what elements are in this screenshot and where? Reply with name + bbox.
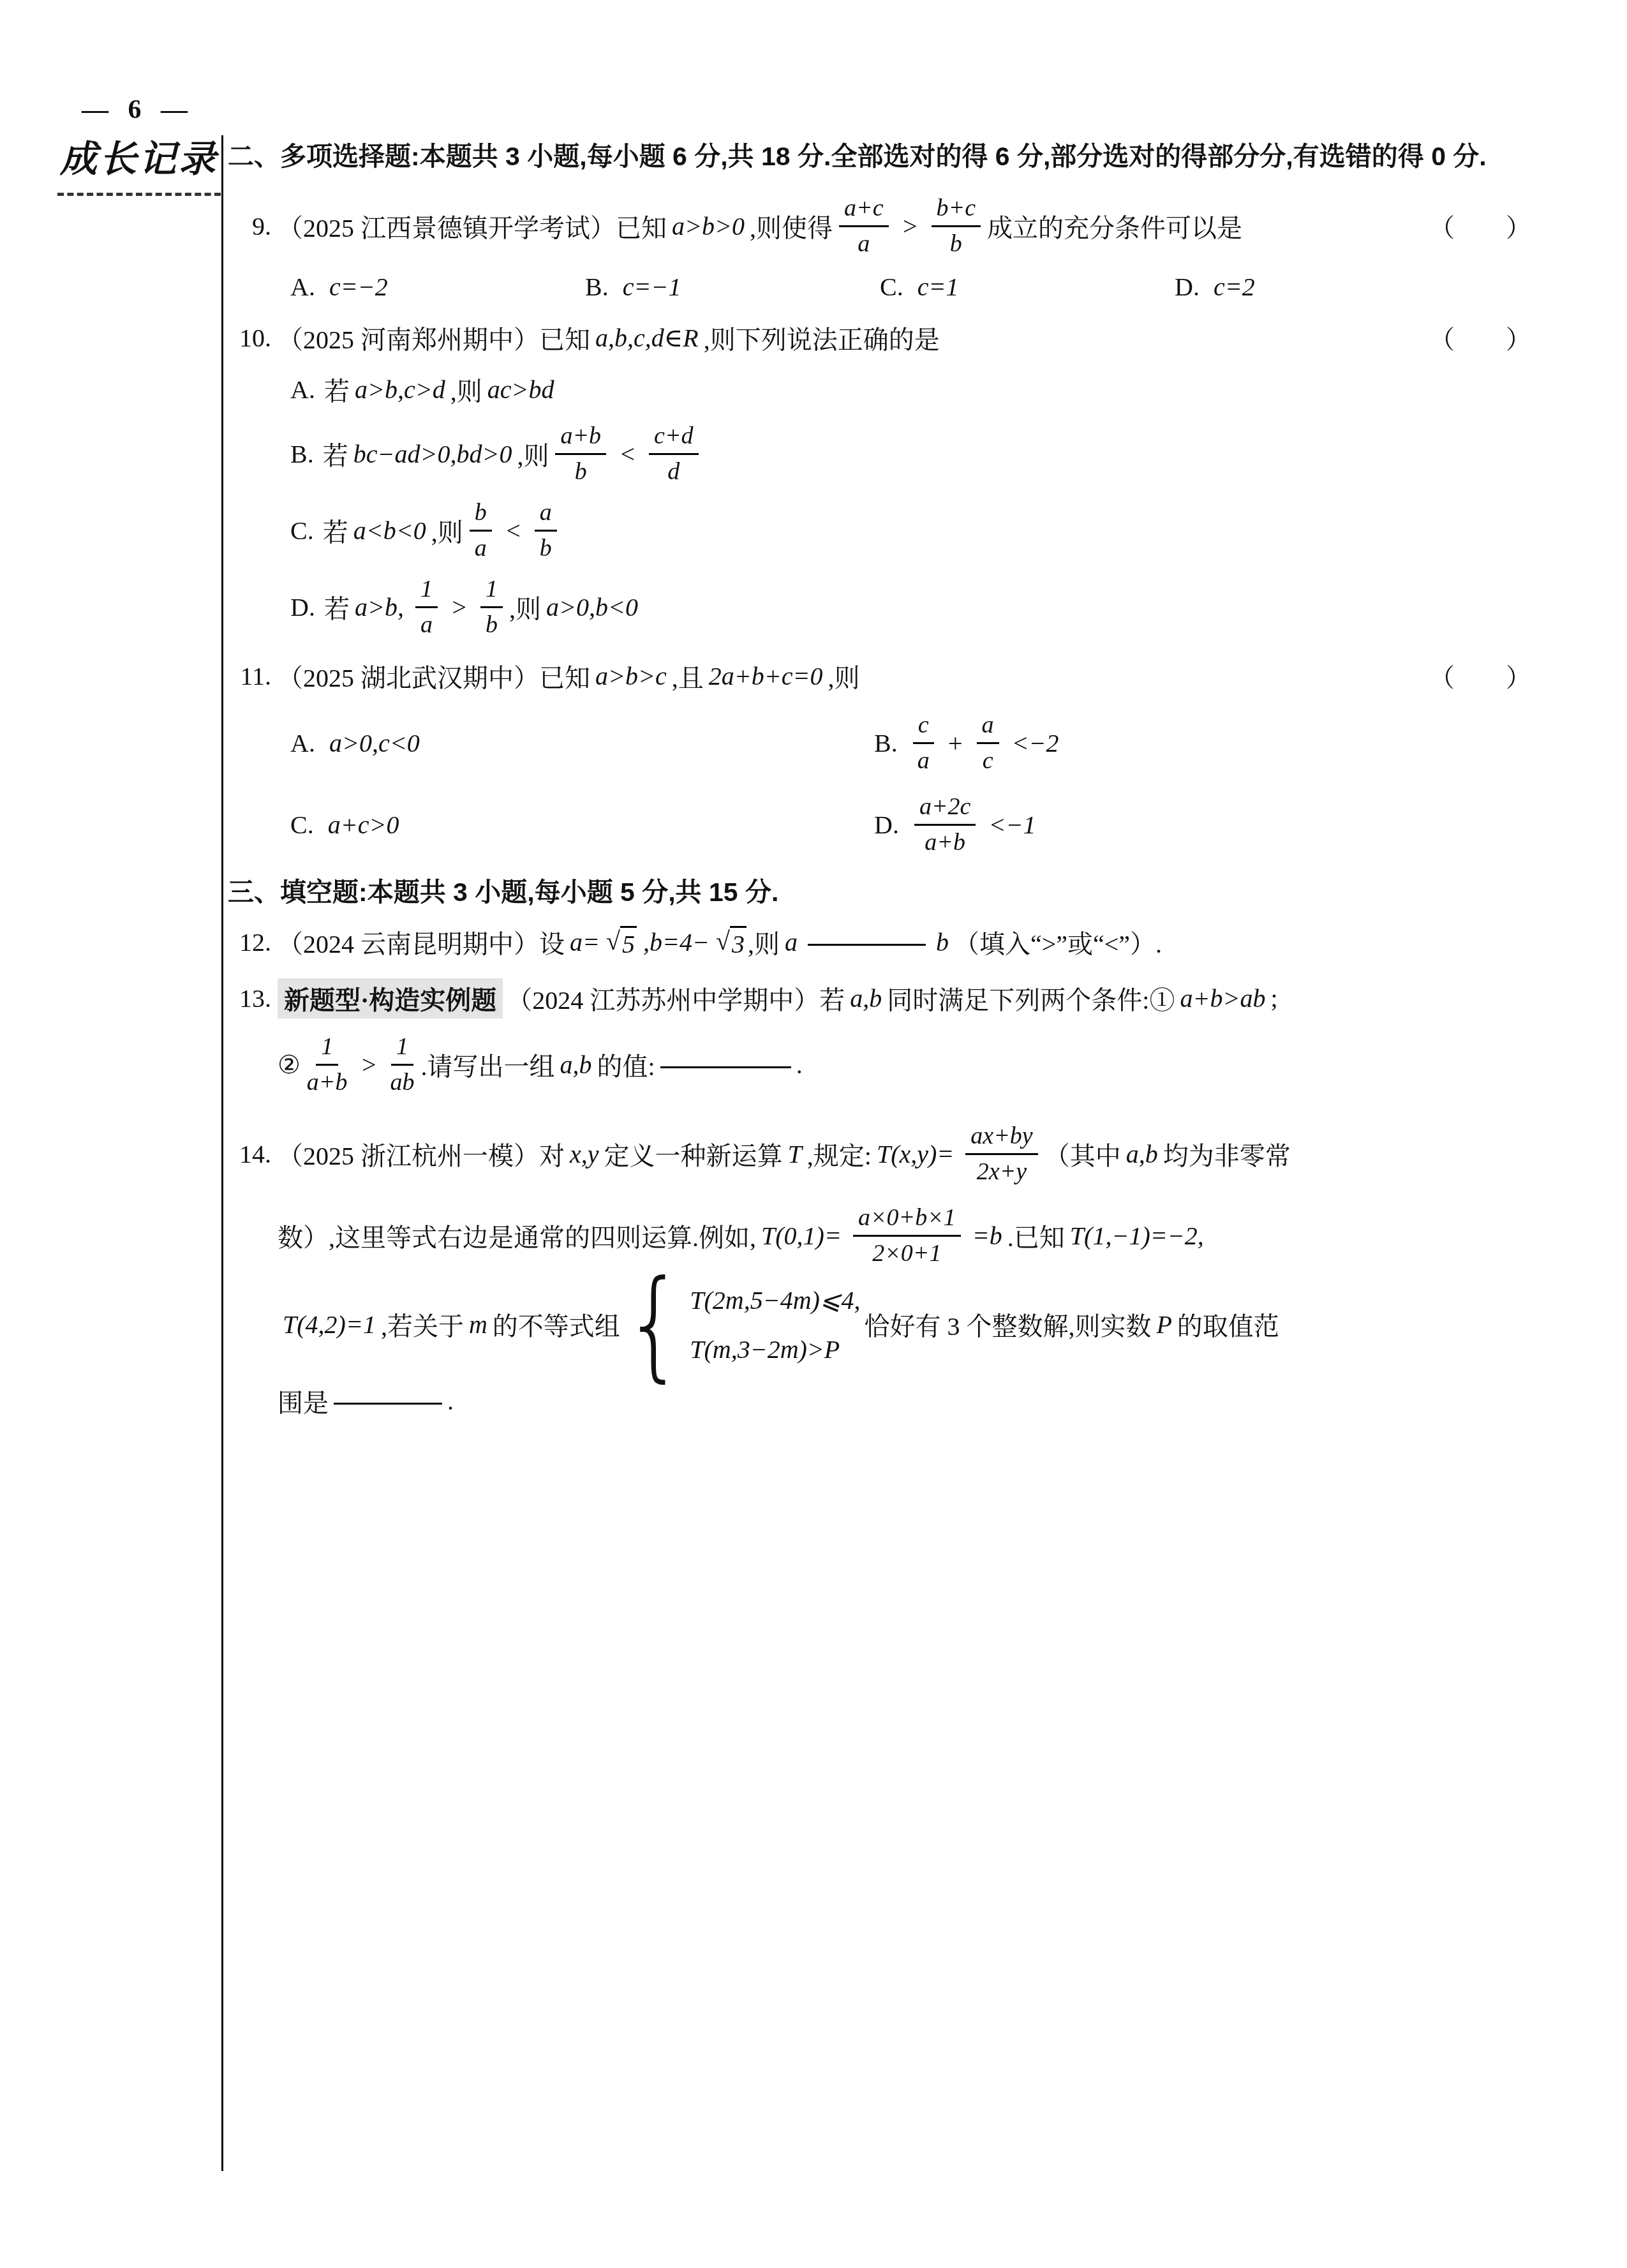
condition-2-marker: ②	[278, 1050, 301, 1080]
question-11-math: a>b>c	[595, 661, 667, 691]
fraction: 1 a+b	[307, 1033, 348, 1096]
question-13-math: a,b	[850, 983, 882, 1013]
page-number: — 6 —	[82, 94, 194, 125]
fraction-numerator: 1	[316, 1033, 338, 1066]
fraction-denominator: b	[575, 455, 587, 486]
option-c: C. 若 a<b<0 ,则 b a < a b	[290, 495, 1590, 566]
fraction-denominator: 2×0+1	[872, 1237, 941, 1267]
option-math: a>b,c>d	[355, 375, 445, 405]
question-14-math: T(4,2)=1	[283, 1309, 376, 1339]
fraction: b+c b	[932, 195, 981, 257]
radicand: 5	[620, 926, 637, 959]
fraction: a b	[535, 499, 557, 562]
option-label: A.	[290, 272, 315, 302]
option-text: ,则	[431, 512, 463, 549]
question-9-mid: ,则使得	[750, 208, 833, 244]
option-text: 若	[323, 436, 348, 472]
option-label: B.	[585, 272, 609, 302]
fraction-denominator: a	[858, 227, 870, 258]
question-11-tail: ,则	[828, 658, 859, 694]
period: .	[447, 1386, 454, 1416]
question-14-line-3: T(4,2)=1 ,若关于 m 的不等式组 { T(2m,5−4m)⩽4, T(…	[278, 1281, 1590, 1368]
answer-blank	[808, 939, 926, 946]
option-math: c=−2	[329, 272, 388, 302]
fraction-numerator: c	[913, 712, 934, 744]
question-14-math: =b	[972, 1221, 1002, 1251]
question-13: 13. 新题型·构造实例题 （2024 江苏苏州中学期中）若 a,b 同时满足下…	[228, 978, 1590, 1100]
option-text: ,则	[450, 371, 482, 408]
question-14-math: T(0,1)=	[761, 1221, 842, 1251]
fraction: 1 a	[415, 576, 438, 638]
fraction-numerator: a+b	[555, 422, 606, 455]
question-14-text: 恰好有 3 个整数解,则实数	[864, 1306, 1151, 1343]
question-11: 11. （2025 湖北武汉期中）已知 a>b>c ,且 2a+b+c=0 ,则…	[228, 658, 1590, 860]
margin-divider-rule	[221, 135, 223, 2171]
fraction-denominator: d	[667, 455, 680, 486]
option-label: D.	[290, 592, 315, 622]
question-14-math: P	[1156, 1309, 1171, 1339]
option-label: D.	[874, 810, 899, 840]
option-label: B.	[290, 439, 314, 469]
square-root: √5	[606, 926, 637, 959]
relation-sign: <−2	[1012, 728, 1059, 758]
option-text: 若	[323, 512, 348, 549]
question-14-math: T	[788, 1139, 802, 1169]
relation-sign: <	[505, 516, 522, 546]
question-9-options: A. c=−2 B. c=−1 C. c=1 D. c=2	[290, 272, 1590, 302]
relation-sign: >	[360, 1050, 378, 1080]
option-d: D. a+2c a+b <−1	[874, 793, 1042, 856]
option-label: C.	[290, 810, 314, 840]
option-math: c=1	[918, 272, 959, 302]
fraction-numerator: b+c	[932, 195, 981, 227]
option-math: a+c>0	[328, 810, 399, 840]
question-11-options-row-2: C. a+c>0 D. a+2c a+b <−1	[290, 789, 1590, 860]
question-14-math: m	[469, 1309, 487, 1339]
option-d: D. 若 a>b, 1 a > 1 b ,则 a>0,b<0	[290, 571, 1590, 643]
question-11-lead: （2025 湖北武汉期中）已知	[278, 658, 590, 694]
option-label: D.	[1175, 272, 1200, 302]
fraction-denominator: ab	[390, 1066, 415, 1096]
relation-sign: <−1	[988, 810, 1036, 840]
option-text: ,则	[517, 436, 549, 472]
option-label: B.	[874, 728, 898, 758]
exam-page: — 6 — 成长记录 二、多项选择题:本题共 3 小题,每小题 6 分,共 18…	[0, 0, 1627, 2268]
question-9-number: 9.	[228, 211, 271, 241]
fraction: a×0+b×1 2×0+1	[853, 1204, 961, 1267]
fraction-denominator: a	[475, 532, 487, 562]
fraction-numerator: 1	[391, 1033, 413, 1066]
question-12-lead: （2024 云南昆明期中）设	[278, 924, 565, 960]
option-d: D. c=2	[1175, 272, 1260, 302]
fraction: c a	[913, 712, 934, 774]
question-10: 10. （2025 河南郑州期中）已知 a,b,c,d∈R ,则下列说法正确的是…	[228, 320, 1590, 643]
square-root: √3	[716, 926, 747, 959]
question-13-text: 的值:	[597, 1047, 655, 1083]
option-a: A. a>0,c<0	[290, 728, 874, 758]
radical-sign: √	[606, 926, 620, 956]
fraction-denominator: a	[918, 744, 930, 775]
question-12-math: b	[936, 927, 949, 957]
option-b: B. 若 bc−ad>0,bd>0 ,则 a+b b < c+d d	[290, 418, 1590, 489]
question-14-text: 数）,这里等式右边是通常的四则运算.例如,	[278, 1218, 756, 1254]
option-math: a<b<0	[353, 516, 426, 546]
fraction-numerator: 1	[415, 576, 438, 608]
fraction-denominator: c	[983, 744, 993, 775]
question-10-number: 10.	[228, 323, 271, 353]
question-10-tail: ,则下列说法正确的是	[704, 320, 940, 356]
option-math: a>0,c<0	[329, 728, 420, 758]
question-13-lead: （2024 江苏苏州中学期中）若	[507, 980, 845, 1017]
question-14-text: .已知	[1007, 1218, 1065, 1254]
question-14-text: 围是	[278, 1383, 329, 1419]
option-label: C.	[880, 272, 903, 302]
question-12-tail: （填入“>”或“<”）.	[954, 924, 1162, 960]
question-14-number: 14.	[228, 1139, 271, 1169]
question-14-lead: （2025 浙江杭州一模）对	[278, 1136, 565, 1172]
fraction-denominator: a+b	[307, 1066, 348, 1096]
question-14-text: 定义一种新运算	[604, 1136, 783, 1172]
question-13-line-2: ② 1 a+b > 1 ab .请写出一组 a,b 的值: .	[278, 1029, 1590, 1100]
question-14-math: a,b	[1126, 1139, 1158, 1169]
fraction-numerator: a	[977, 712, 999, 744]
question-14-math: T(1,−1)=−2,	[1070, 1221, 1204, 1251]
left-brace: {	[624, 1271, 685, 1378]
question-13-number: 13.	[228, 983, 271, 1013]
question-10-lead: （2025 河南郑州期中）已知	[278, 320, 590, 356]
brand-logo: 成长记录	[57, 129, 221, 196]
question-13-math: a+b>ab	[1180, 983, 1265, 1013]
fraction: b a	[470, 499, 492, 562]
question-9-math: a>b>0	[672, 211, 745, 241]
question-12: 12. （2024 云南昆明期中）设 a= √5 ,b=4− √3 ,则 a b…	[228, 924, 1590, 960]
answer-brackets: （ ）	[1429, 208, 1590, 244]
plus-sign: +	[947, 728, 964, 758]
answer-brackets: （ ）	[1429, 658, 1590, 694]
option-b: B. c=−1	[585, 272, 880, 302]
fraction-numerator: c+d	[649, 422, 699, 455]
question-11-math: 2a+b+c=0	[709, 661, 823, 691]
question-9-lead: （2025 江西景德镇开学考试）已知	[278, 208, 667, 244]
fraction-denominator: a+b	[925, 826, 965, 856]
option-math: bc−ad>0,bd>0	[353, 439, 512, 469]
fraction-numerator: a×0+b×1	[853, 1204, 961, 1237]
fraction: ax+by 2x+y	[965, 1123, 1037, 1185]
fraction: 1 ab	[390, 1033, 415, 1096]
section-multi-title: 二、多项选择题:本题共 3 小题,每小题 6 分,共 18 分.全部选对的得 6…	[228, 131, 1590, 181]
option-text: 若	[324, 371, 350, 408]
question-14-text: ,规定:	[807, 1136, 872, 1172]
relation-sign: >	[902, 211, 919, 241]
option-c: C. c=1	[880, 272, 1175, 302]
question-13-text: .请写出一组	[421, 1047, 555, 1083]
fraction: c+d d	[649, 422, 699, 485]
section-fill-title: 三、填空题:本题共 3 小题,每小题 5 分,共 15 分.	[228, 876, 1590, 909]
fraction: a+b b	[555, 422, 606, 485]
inequality-system: { T(2m,5−4m)⩽4, T(m,3−2m)>P	[624, 1281, 861, 1368]
question-14-text: 均为非零常	[1163, 1136, 1291, 1172]
question-14-text: 的取值范	[1177, 1306, 1279, 1343]
option-math: ac>bd	[487, 375, 554, 405]
fraction-numerator: ax+by	[965, 1123, 1037, 1155]
fraction-denominator: b	[540, 532, 552, 562]
relation-sign: >	[450, 592, 468, 622]
fraction-denominator: a	[420, 608, 433, 639]
option-c: C. a+c>0	[290, 810, 874, 840]
answer-blank	[660, 1061, 791, 1068]
question-14-line-2: 数）,这里等式右边是通常的四则运算.例如, T(0,1)= a×0+b×1 2×…	[278, 1200, 1590, 1271]
option-text: ,则	[509, 589, 541, 625]
option-b: B. c a + a c <−2	[874, 712, 1066, 774]
question-14-text: （其中	[1044, 1136, 1121, 1172]
content-column: 二、多项选择题:本题共 3 小题,每小题 6 分,共 18 分.全部选对的得 6…	[228, 131, 1590, 1419]
fraction: a+2c a+b	[914, 793, 976, 856]
relation-sign: <	[619, 439, 636, 469]
question-14-line-4: 围是 .	[278, 1383, 1590, 1419]
question-13-math: a,b	[560, 1050, 592, 1080]
radicand: 3	[730, 926, 747, 959]
fraction-denominator: b	[486, 608, 498, 639]
question-11-number: 11.	[228, 661, 271, 691]
option-math: c=2	[1214, 272, 1255, 302]
option-math: a>0,b<0	[546, 592, 638, 622]
question-14: 14. （2025 浙江杭州一模）对 x,y 定义一种新运算 T ,规定: T(…	[228, 1118, 1590, 1419]
question-10-math: a,b,c,d∈R	[595, 323, 699, 353]
option-label: A.	[290, 375, 315, 405]
question-11-mid: ,且	[672, 658, 704, 694]
option-label: C.	[290, 516, 314, 546]
question-14-math: x,y	[570, 1139, 599, 1169]
system-line-2: T(m,3−2m)>P	[690, 1334, 860, 1364]
question-14-text: ,若关于	[381, 1306, 464, 1343]
fraction-numerator: a	[535, 499, 557, 532]
fraction-numerator: a+c	[839, 195, 889, 227]
question-13-text: 同时满足下列两个条件:①	[887, 980, 1175, 1017]
question-12-math: a	[785, 927, 798, 957]
question-14-math: T(x,y)=	[877, 1139, 954, 1169]
fraction: a c	[977, 712, 999, 774]
question-11-options-row-1: A. a>0,c<0 B. c a + a c <−2	[290, 707, 1590, 779]
option-a: A. c=−2	[290, 272, 585, 302]
question-type-tag: 新题型·构造实例题	[278, 978, 503, 1018]
question-13-text: ;	[1270, 983, 1277, 1013]
question-9: 9. （2025 江西景德镇开学考试）已知 a>b>0 ,则使得 a+c a >…	[228, 190, 1590, 302]
answer-brackets: （ ）	[1429, 320, 1590, 356]
period: .	[796, 1050, 803, 1080]
question-12-number: 12.	[228, 927, 271, 957]
fraction-denominator: 2x+y	[977, 1155, 1027, 1186]
question-12-mid: ,则	[748, 924, 780, 960]
option-label: A.	[290, 728, 315, 758]
fraction-numerator: 1	[480, 576, 503, 608]
question-9-tail: 成立的充分条件可以是	[987, 208, 1242, 244]
option-math: c=−1	[623, 272, 681, 302]
fraction: a+c a	[839, 195, 889, 257]
radical-sign: √	[716, 926, 730, 956]
option-math: a>b,	[355, 592, 404, 622]
fraction-numerator: b	[470, 499, 492, 532]
question-14-text: 的不等式组	[493, 1306, 620, 1343]
fraction-numerator: a+2c	[914, 793, 976, 826]
question-12-math: ,b=4−	[643, 927, 709, 957]
answer-blank	[334, 1398, 442, 1405]
fraction: 1 b	[480, 576, 503, 638]
question-12-math: a=	[570, 927, 600, 957]
option-a: A. 若 a>b,c>d ,则 ac>bd	[290, 371, 1590, 408]
fraction-denominator: b	[950, 227, 962, 258]
option-text: 若	[324, 589, 350, 625]
system-line-1: T(2m,5−4m)⩽4,	[690, 1285, 860, 1315]
